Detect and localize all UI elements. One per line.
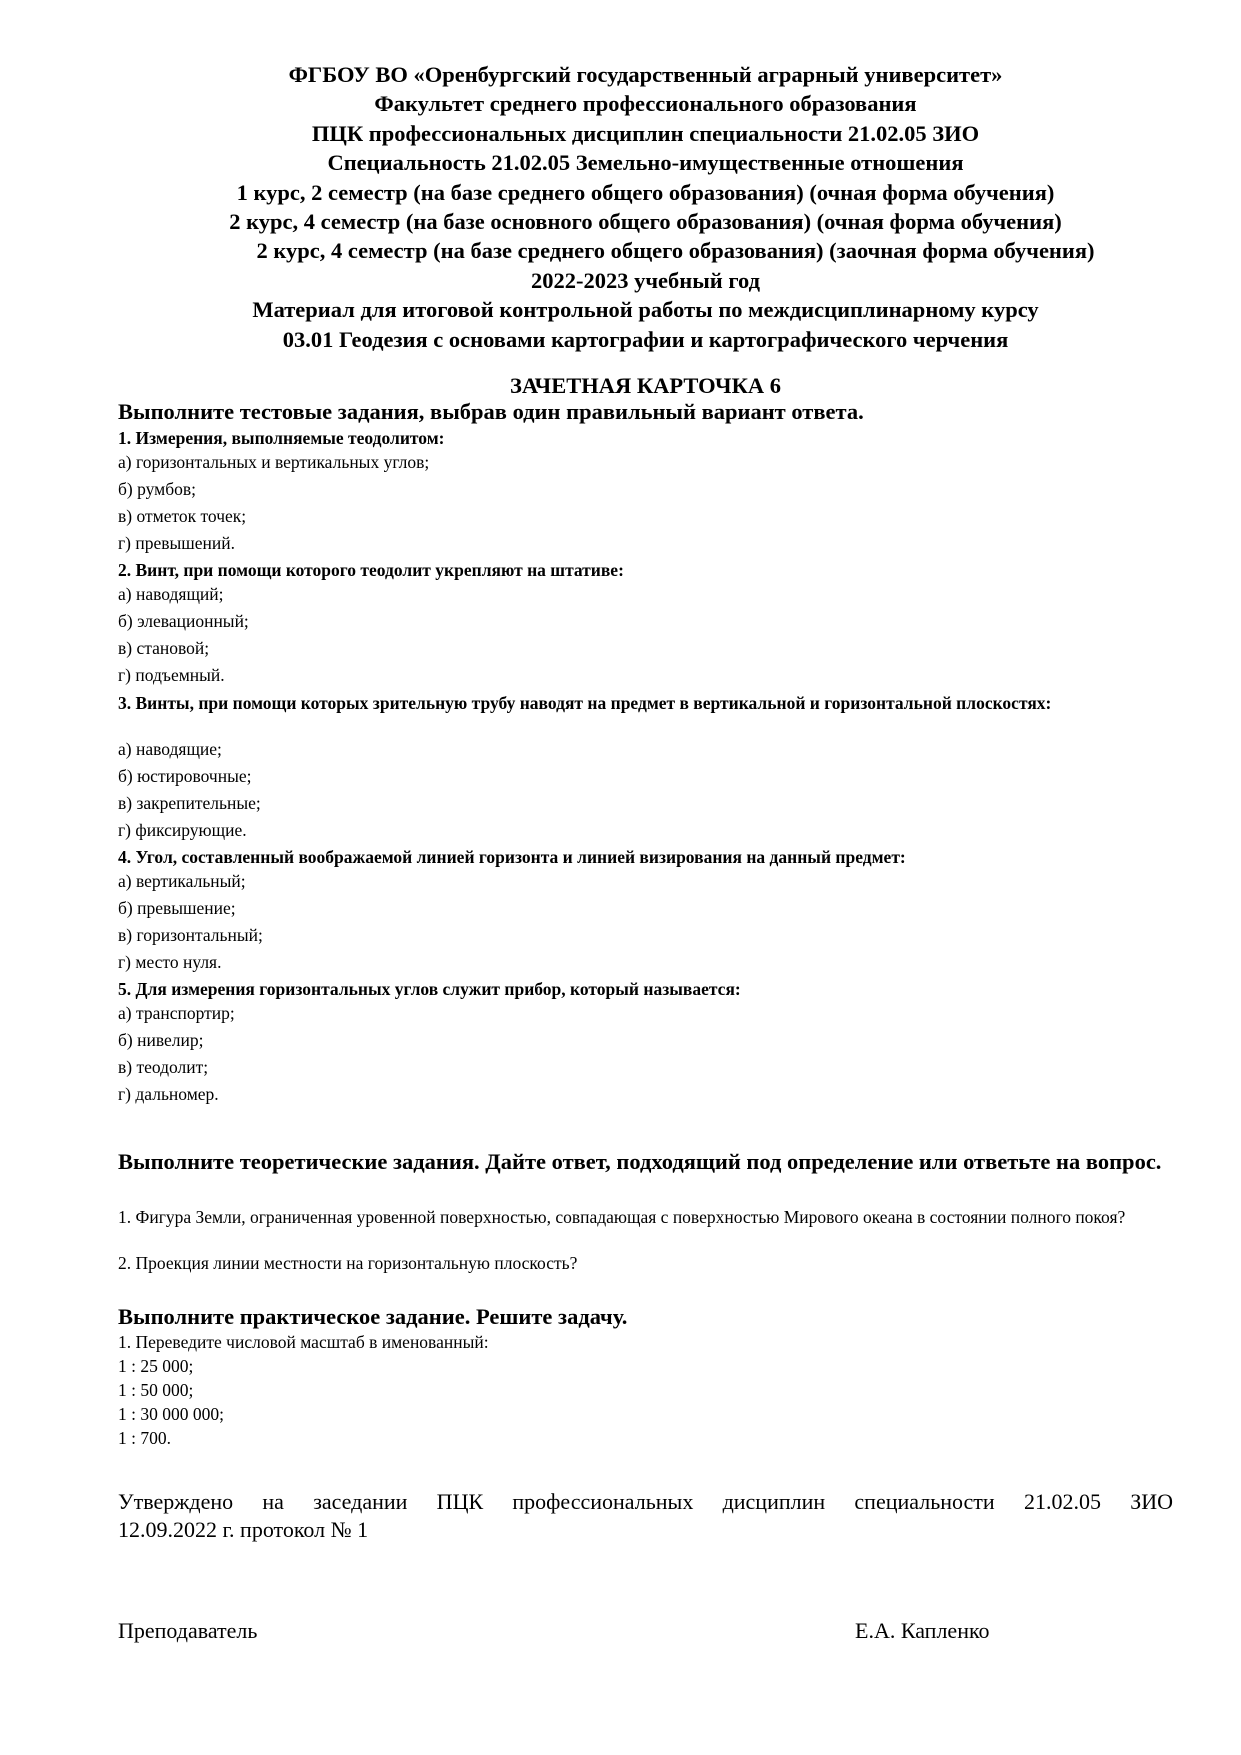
question-2: 2. Винт, при помощи которого теодолит ук… — [118, 559, 1173, 581]
scale-item-4: 1 : 700. — [118, 1427, 171, 1449]
question-5: 5. Для измерения горизонтальных углов сл… — [118, 978, 1173, 1000]
question-4-option-c: в) горизонтальный; — [118, 924, 263, 946]
header-faculty: Факультет среднего профессионального обр… — [118, 89, 1173, 118]
question-1-option-c: в) отметок точек; — [118, 505, 246, 527]
header-university: ФГБОУ ВО «Оренбургский государственный а… — [118, 60, 1173, 89]
header-academic-year: 2022-2023 учебный год — [118, 266, 1173, 295]
question-5-option-c: в) теодолит; — [118, 1056, 208, 1078]
question-3-option-d: г) фиксирующие. — [118, 819, 247, 841]
question-2-option-a: а) наводящий; — [118, 583, 224, 605]
header-material: Материал для итоговой контрольной работы… — [118, 295, 1173, 324]
theory-item-2: 2. Проекция линии местности на горизонта… — [118, 1252, 1173, 1274]
question-5-option-a: а) транспортир; — [118, 1002, 235, 1024]
document-header: ФГБОУ ВО «Оренбургский государственный а… — [118, 60, 1173, 354]
approval-note: Утверждено на заседании ПЦК профессионал… — [118, 1488, 1173, 1544]
question-3-option-b: б) юстировочные; — [118, 765, 251, 787]
signature-name: Е.А. Капленко — [855, 1617, 990, 1645]
question-3: 3. Винты, при помощи которых зрительную … — [118, 691, 1173, 715]
question-1-option-b: б) румбов; — [118, 478, 196, 500]
practice-section-title: Выполните практическое задание. Решите з… — [118, 1303, 1173, 1331]
header-department: ПЦК профессиональных дисциплин специальн… — [118, 119, 1173, 148]
question-2-option-c: в) становой; — [118, 637, 209, 659]
signature-label: Преподаватель — [118, 1617, 257, 1645]
question-1-option-a: а) горизонтальных и вертикальных углов; — [118, 451, 429, 473]
question-5-option-d: г) дальномер. — [118, 1083, 219, 1105]
theory-section-title: Выполните теоретические задания. Дайте о… — [118, 1147, 1173, 1177]
question-4-option-a: а) вертикальный; — [118, 870, 246, 892]
theory-item-1: 1. Фигура Земли, ограниченная уровенной … — [118, 1206, 1173, 1228]
header-course-1: 1 курс, 2 семестр (на базе среднего обще… — [118, 178, 1173, 207]
scale-item-2: 1 : 50 000; — [118, 1379, 193, 1401]
question-2-option-b: б) элевационный; — [118, 610, 249, 632]
test-section-title: Выполните тестовые задания, выбрав один … — [118, 398, 1173, 426]
question-4-option-d: г) место нуля. — [118, 951, 221, 973]
header-course-3: 2 курс, 4 семестр (на базе среднего обще… — [118, 236, 1173, 265]
question-1: 1. Измерения, выполняемые теодолитом: — [118, 427, 1173, 449]
question-5-option-b: б) нивелир; — [118, 1029, 203, 1051]
practice-task: 1. Переведите числовой масштаб в именова… — [118, 1331, 489, 1353]
question-3-option-c: в) закрепительные; — [118, 792, 261, 814]
header-course-2: 2 курс, 4 семестр (на базе основного общ… — [118, 207, 1173, 236]
scale-item-1: 1 : 25 000; — [118, 1355, 193, 1377]
question-4-option-b: б) превышение; — [118, 897, 236, 919]
scale-item-3: 1 : 30 000 000; — [118, 1403, 224, 1425]
approval-line-2: 12.09.2022 г. протокол № 1 — [118, 1517, 368, 1542]
header-specialty: Специальность 21.02.05 Земельно-имуществ… — [118, 148, 1173, 177]
approval-line-1: Утверждено на заседании ПЦК профессионал… — [118, 1488, 1173, 1516]
question-4: 4. Угол, составленный воображаемой линие… — [118, 846, 1173, 868]
question-2-option-d: г) подъемный. — [118, 664, 225, 686]
header-course-name: 03.01 Геодезия с основами картографии и … — [118, 325, 1173, 354]
question-1-option-d: г) превышений. — [118, 532, 235, 554]
card-title: ЗАЧЕТНАЯ КАРТОЧКА 6 — [118, 372, 1173, 400]
question-3-option-a: а) наводящие; — [118, 738, 222, 760]
